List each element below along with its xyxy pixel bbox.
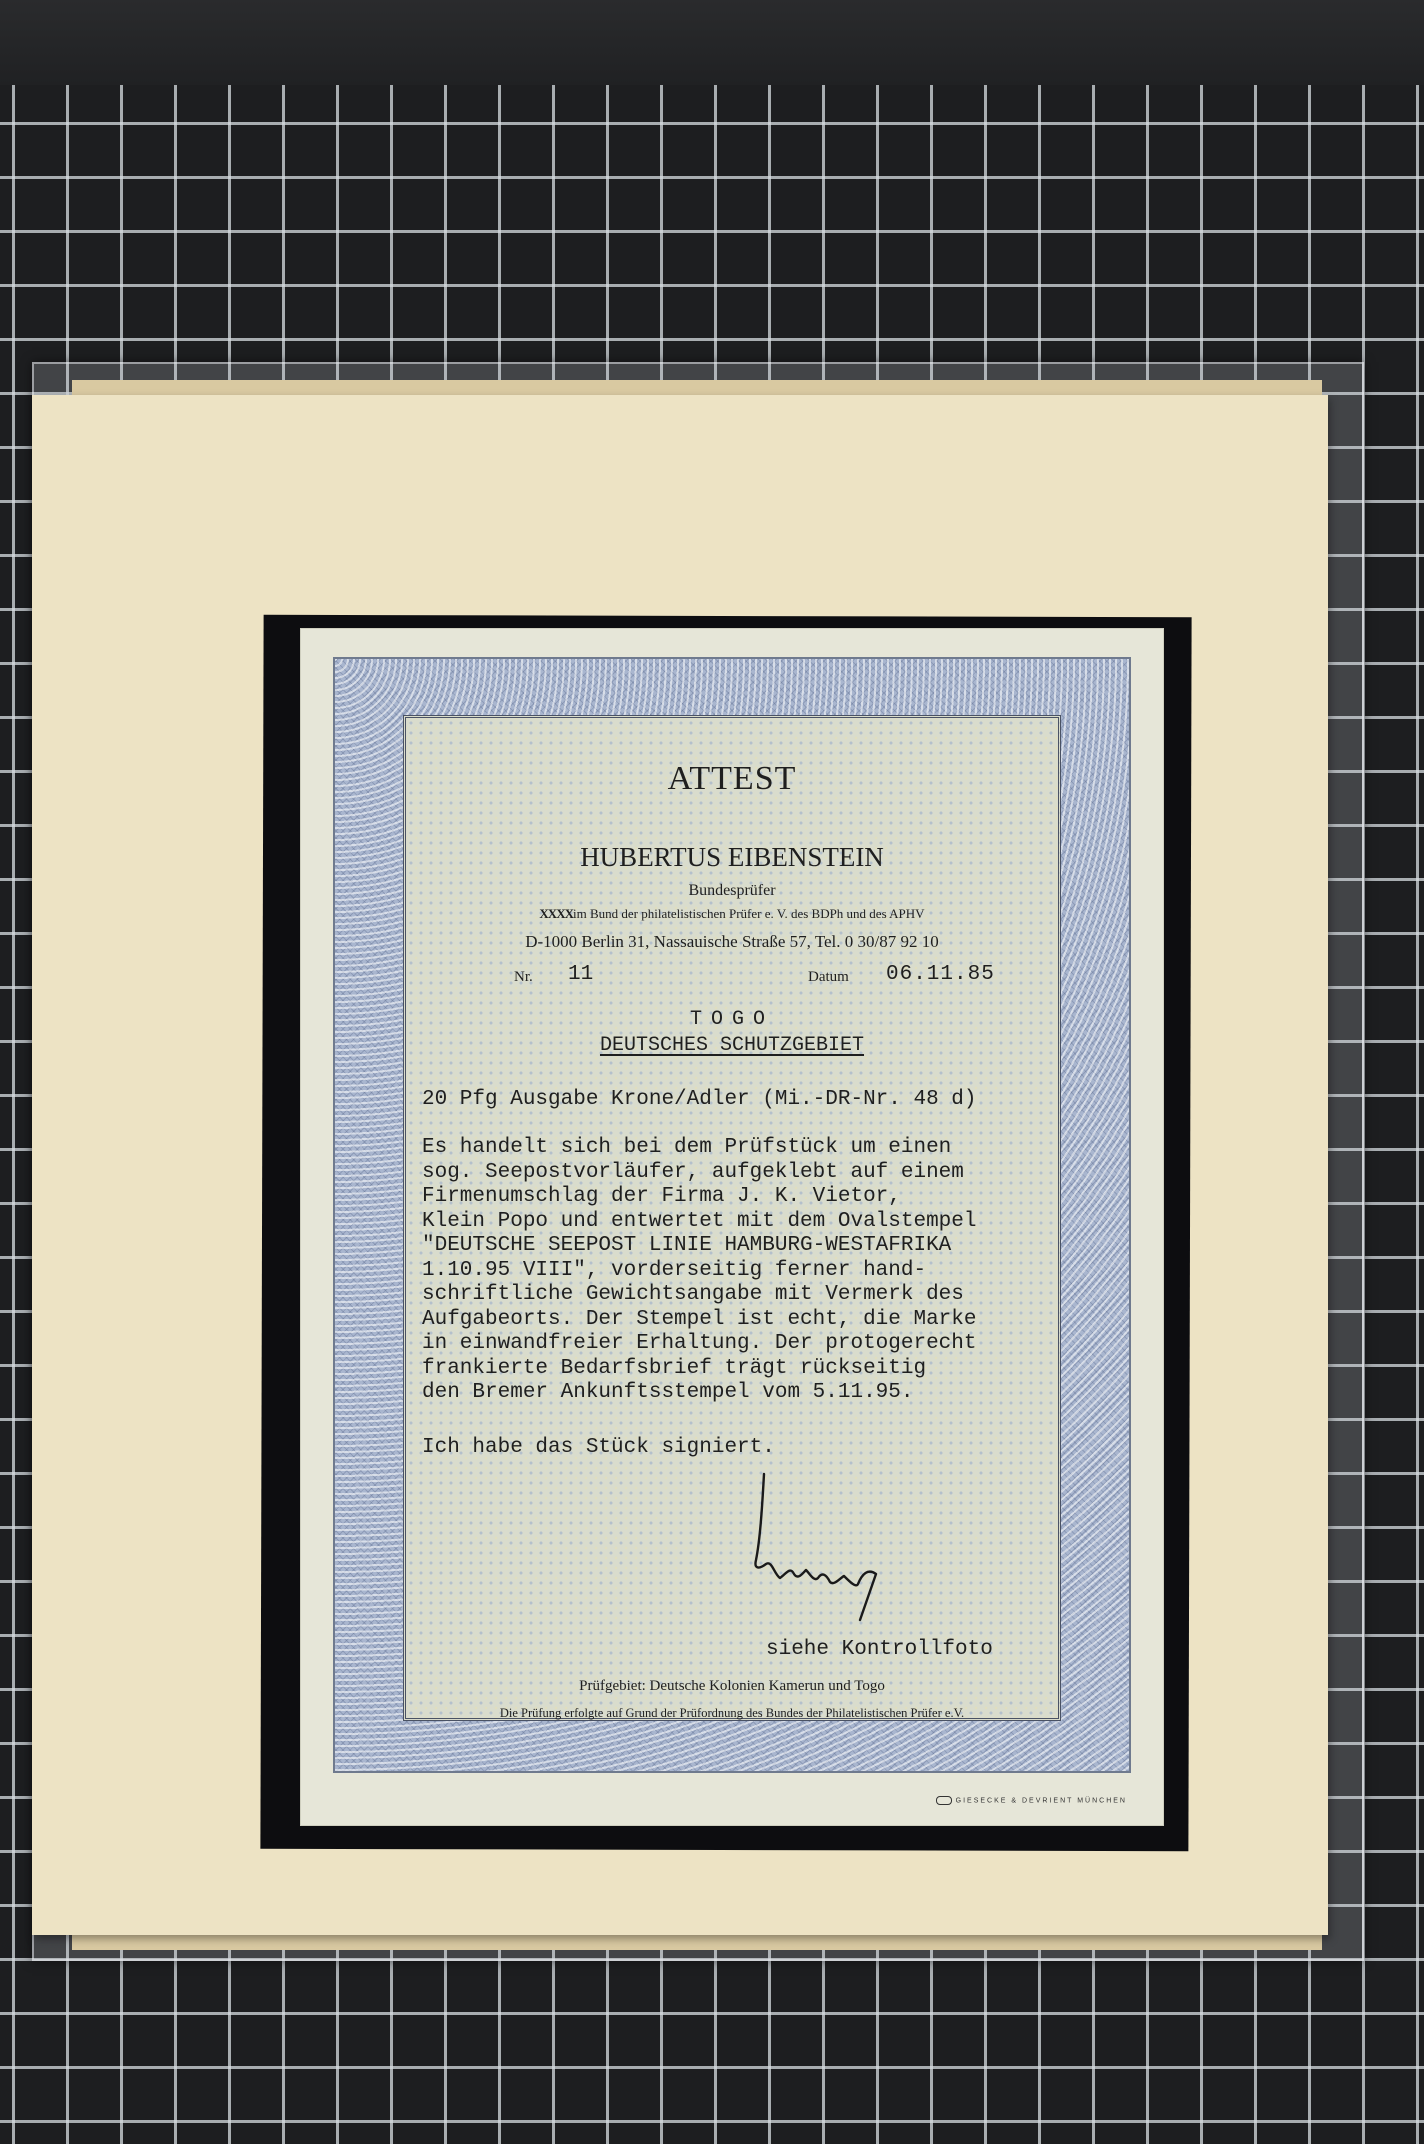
redaction-mark: XXXX (539, 906, 573, 921)
region-text: DEUTSCHES SCHUTZGEBIET (600, 1034, 864, 1057)
printer-name: GIESECKE & DEVRIENT MÜNCHEN (956, 1797, 1127, 1804)
examiner-role: Bundesprüfer (406, 882, 1058, 900)
body-line: in einwandfreier Erhaltung. Der protoger… (422, 1332, 1058, 1357)
printer-imprint: GIESECKE & DEVRIENT MÜNCHEN (936, 1796, 1127, 1805)
body-line: Aufgabeorts. Der Stempel ist echt, die M… (422, 1308, 1058, 1333)
number-label: Nr. (514, 969, 533, 986)
association-text: im Bund der philatelistischen Prüfer e. … (573, 906, 925, 921)
body-line: Klein Popo und entwertet mit dem Ovalste… (422, 1210, 1058, 1235)
examiner-address: D-1000 Berlin 31, Nassauische Straße 57,… (406, 932, 1058, 952)
certificate-text-area: ATTEST HUBERTUS EIBENSTEIN Bundesprüfer … (403, 715, 1061, 1721)
body-line: sog. Seepostvorläufer, aufgeklebt auf ei… (422, 1161, 1058, 1186)
country-heading: TOGO (406, 1008, 1058, 1031)
body-line: "DEUTSCHE SEEPOST LINIE HAMBURG-WESTAFRI… (422, 1234, 1058, 1259)
photo-note: siehe Kontrollfoto (766, 1638, 993, 1661)
examination-basis: Die Prüfung erfolgte auf Grund der Prüfo… (406, 1706, 1058, 1721)
signed-statement: Ich habe das Stück signiert. (422, 1436, 775, 1459)
number-date-row: Nr. 11 Datum 06.11.85 (514, 963, 998, 993)
certificate-body: Es handelt sich bei dem Prüfstück um ein… (422, 1136, 1058, 1406)
background-top-shade (0, 0, 1424, 85)
association-line: XXXXim Bund der philatelistischen Prüfer… (406, 906, 1058, 922)
region-heading: DEUTSCHES SCHUTZGEBIET (406, 1034, 1058, 1057)
stamp-item-description: 20 Pfg Ausgabe Krone/Adler (Mi.-DR-Nr. 4… (422, 1088, 977, 1111)
examiner-name: HUBERTUS EIBENSTEIN (406, 842, 1058, 873)
signature (746, 1470, 926, 1630)
examination-scope: Prüfgebiet: Deutsche Kolonien Kamerun un… (406, 1678, 1058, 1695)
body-line: Firmenumschlag der Firma J. K. Vietor, (422, 1185, 1058, 1210)
certificate-title: ATTEST (406, 760, 1058, 798)
body-line: schriftliche Gewichtsangabe mit Vermerk … (422, 1283, 1058, 1308)
certificate-number: 11 (568, 963, 593, 986)
body-line: den Bremer Ankunftsstempel vom 5.11.95. (422, 1381, 1058, 1406)
date-label: Datum (808, 969, 849, 986)
body-line: 1.10.95 VIII", vorderseitig ferner hand- (422, 1259, 1058, 1284)
guilloche-border: ATTEST HUBERTUS EIBENSTEIN Bundesprüfer … (333, 657, 1131, 1773)
body-line: frankierte Bedarfsbrief trägt rückseitig (422, 1357, 1058, 1382)
printer-logo-icon (936, 1796, 952, 1805)
body-line: Es handelt sich bei dem Prüfstück um ein… (422, 1136, 1058, 1161)
attest-certificate: ATTEST HUBERTUS EIBENSTEIN Bundesprüfer … (300, 628, 1164, 1826)
certificate-date: 06.11.85 (886, 963, 995, 986)
